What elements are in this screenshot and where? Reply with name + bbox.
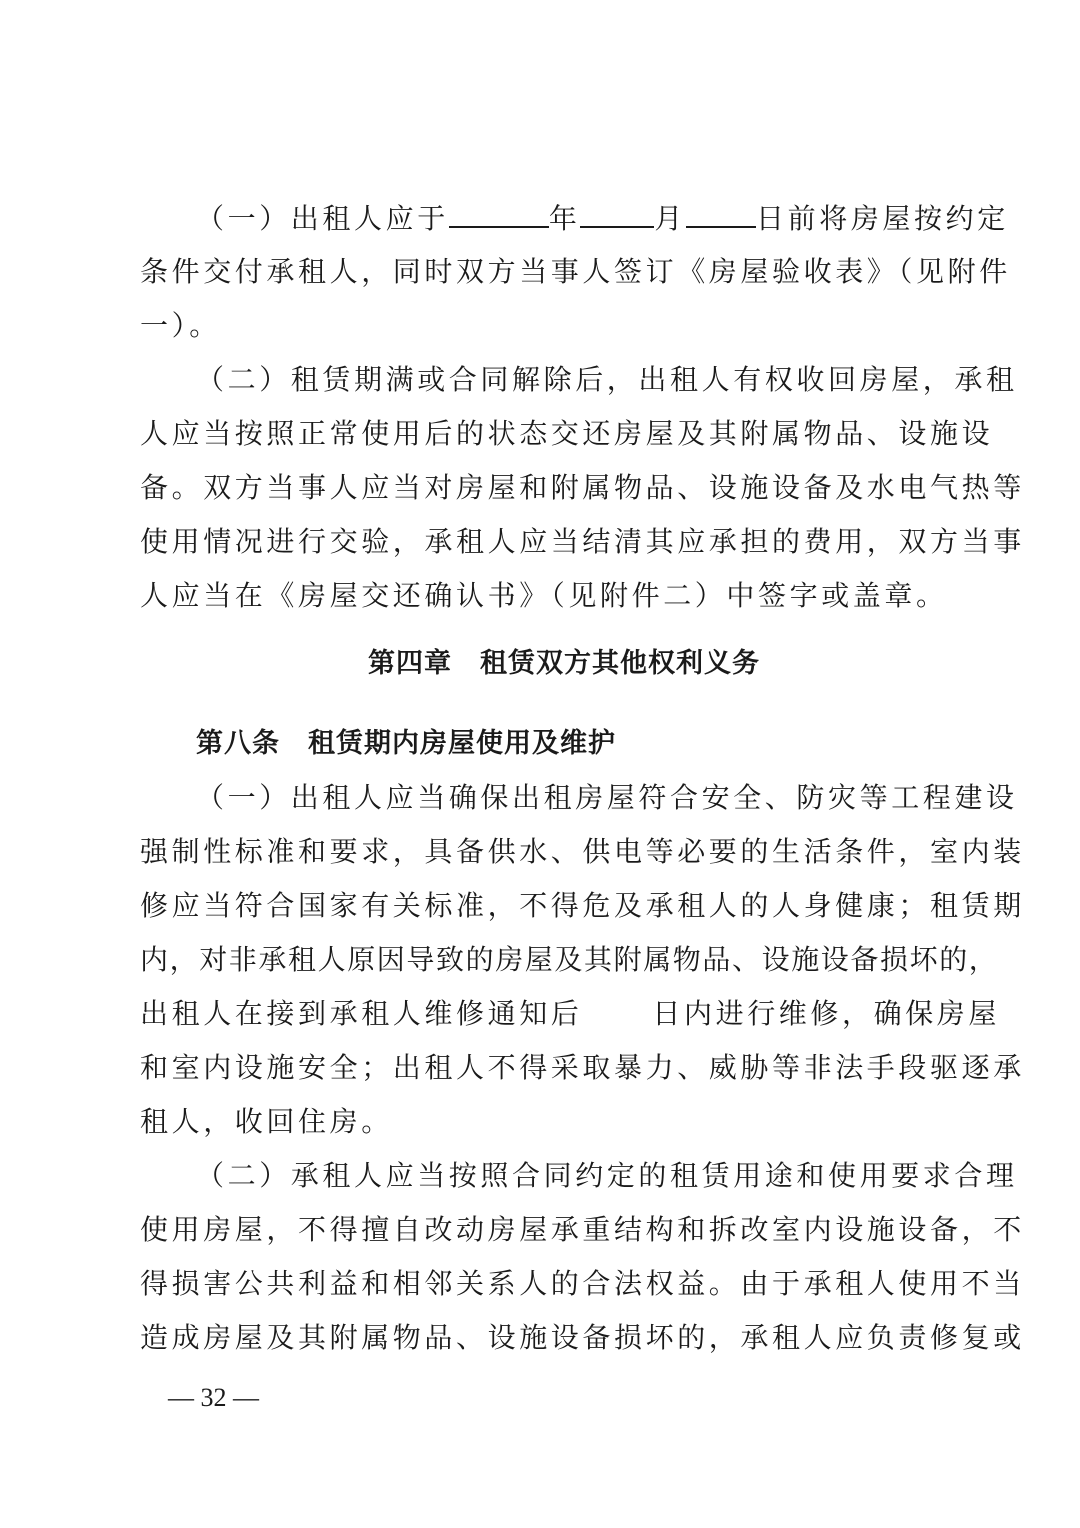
month-blank-field[interactable] <box>580 198 654 228</box>
paragraph-landlord-line-1: （一）出租人应当确保出租房屋符合安全、防灾等工程建设 <box>196 778 940 818</box>
text: 出租人在接到承租人维修通知后 <box>140 997 582 1030</box>
paragraph-tenant-line-2: 使用房屋，不得擅自改动房屋承重结构和拆改室内设施设备，不 <box>140 1210 940 1250</box>
article-heading: 第八条租赁期内房屋使用及维护 <box>196 724 616 764</box>
paragraph-landlord-line-2: 强制性标准和要求，具备供水、供电等必要的生活条件，室内装 <box>140 832 940 872</box>
chapter-heading: 第四章租赁双方其他权利义务 <box>368 644 760 684</box>
paragraph-landlord-line-5: 出租人在接到承租人维修通知后日内进行维修，确保房屋 <box>140 994 940 1034</box>
chapter-number: 第四章 <box>368 648 452 679</box>
paragraph-delivery-line-1: （一）出租人应于年月日前将房屋按约定 <box>196 198 940 239</box>
paragraph-return-line-5: 人应当在《房屋交还确认书》（见附件二）中签字或盖章。 <box>140 576 940 616</box>
text: 日内进行维修，确保房屋 <box>652 997 1000 1030</box>
text: 月 <box>654 202 686 235</box>
text: 日前将房屋按约定 <box>756 202 1009 235</box>
paragraph-landlord-line-7: 租人，收回住房。 <box>140 1102 940 1142</box>
article-title: 租赁期内房屋使用及维护 <box>308 728 616 759</box>
paragraph-tenant-line-1: （二）承租人应当按照合同约定的租赁用途和使用要求合理 <box>196 1156 940 1196</box>
paragraph-landlord-line-4: 内，对非承租人原因导致的房屋及其附属物品、设施设备损坏的， <box>140 940 940 980</box>
day-blank-field[interactable] <box>686 198 756 228</box>
text: 年 <box>549 202 581 235</box>
article-number: 第八条 <box>196 728 280 759</box>
text: （一）出租人应于 <box>196 202 449 235</box>
paragraph-tenant-line-3: 得损害公共利益和相邻关系人的合法权益。由于承租人使用不当 <box>140 1264 940 1304</box>
paragraph-return-line-2: 人应当按照正常使用后的状态交还房屋及其附属物品、设施设 <box>140 414 940 454</box>
paragraph-delivery-line-2: 条件交付承租人，同时双方当事人签订《房屋验收表》（见附件 <box>140 252 940 292</box>
paragraph-landlord-line-6: 和室内设施安全；出租人不得采取暴力、威胁等非法手段驱逐承 <box>140 1048 940 1088</box>
paragraph-delivery-line-3: 一）。 <box>140 306 940 346</box>
chapter-title: 租赁双方其他权利义务 <box>480 648 760 679</box>
paragraph-landlord-line-3: 修应当符合国家有关标准，不得危及承租人的人身健康；租赁期 <box>140 886 940 926</box>
paragraph-return-line-4: 使用情况进行交验，承租人应当结清其应承担的费用，双方当事 <box>140 522 940 562</box>
page-number: — 32 — <box>168 1378 259 1418</box>
year-blank-field[interactable] <box>449 198 549 228</box>
paragraph-tenant-line-4: 造成房屋及其附属物品、设施设备损坏的，承租人应负责修复或 <box>140 1318 940 1358</box>
paragraph-return-line-1: （二）租赁期满或合同解除后，出租人有权收回房屋，承租 <box>196 360 940 400</box>
paragraph-return-line-3: 备。双方当事人应当对房屋和附属物品、设施设备及水电气热等 <box>140 468 940 508</box>
